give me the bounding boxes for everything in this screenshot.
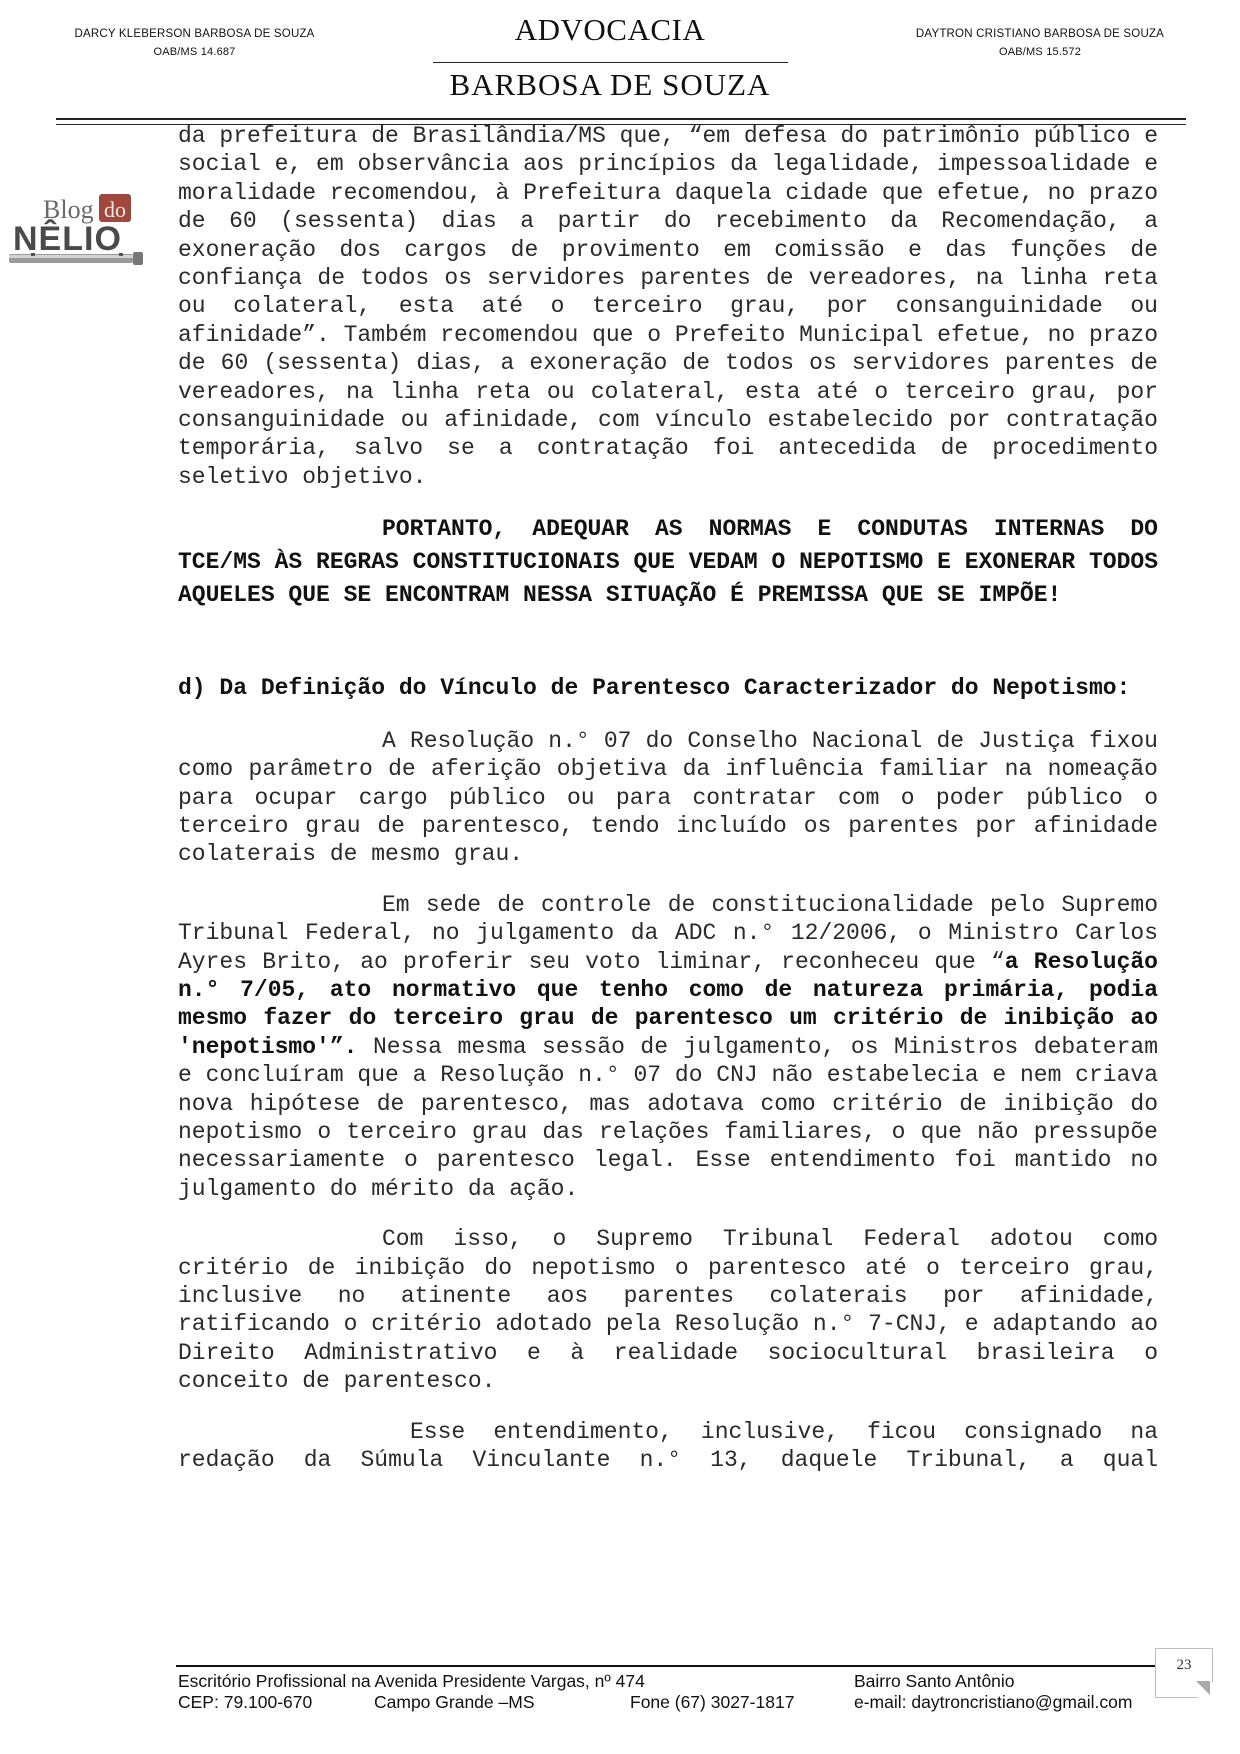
paragraph-resolucao-07: A Resolução n.° 07 do Conselho Nacional …: [178, 727, 1158, 869]
footer-email[interactable]: e-mail: daytroncristiano@gmail.com: [854, 1692, 1132, 1713]
footer-phone: Fone (67) 3027-1817: [630, 1692, 794, 1713]
logo-graphic: Blog do NÊLIO: [5, 188, 155, 268]
brand-divider: [433, 62, 788, 63]
lawyer-oab-right: OAB/MS 15.572: [895, 46, 1185, 58]
section-heading-d: d) Da Definição do Vínculo de Parentesco…: [178, 674, 1158, 702]
footer-city: Campo Grande –MS: [374, 1692, 535, 1713]
paragraph-stf-criterion: Com isso, o Supremo Tribunal Federal ado…: [178, 1225, 1158, 1395]
footer-rule: [176, 1665, 1161, 1667]
footer-cep: CEP: 79.100-670: [178, 1692, 312, 1713]
page-number-box: 23: [1155, 1648, 1213, 1698]
logo-word-nelio: NÊLIO: [13, 220, 122, 258]
firm-brand: ADVOCACIA BARBOSA DE SOUZA: [430, 12, 790, 103]
lawyer-name-left: DARCY KLEBERSON BARBOSA DE SOUZA: [52, 28, 337, 40]
document-body: da prefeitura de Brasilândia/MS que, “em…: [178, 122, 1158, 1474]
brand-title-bottom: BARBOSA DE SOUZA: [430, 67, 790, 103]
brand-title-top: ADVOCACIA: [430, 12, 790, 48]
page-number: 23: [1177, 1657, 1192, 1673]
blog-do-nelio-logo: Blog do NÊLIO: [5, 188, 155, 268]
lawyer-oab-left: OAB/MS 14.687: [52, 46, 337, 58]
conclusion-emphasis: PORTANTO, ADEQUAR AS NORMAS E CONDUTAS I…: [178, 513, 1158, 612]
header-right-lawyer: DAYTRON CRISTIANO BARBOSA DE SOUZA OAB/M…: [895, 28, 1185, 58]
footer-district: Bairro Santo Antônio: [854, 1671, 1015, 1692]
logo-word-do: do: [104, 197, 126, 222]
paragraph-adc-12: Em sede de controle de constitucionalida…: [178, 891, 1158, 1203]
footer-address: Escritório Profissional na Avenida Presi…: [178, 1671, 645, 1692]
lawyer-name-right: DAYTRON CRISTIANO BARBOSA DE SOUZA: [895, 28, 1185, 40]
paragraph-recommendation: da prefeitura de Brasilândia/MS que, “em…: [178, 122, 1158, 491]
header-left-lawyer: DARCY KLEBERSON BARBOSA DE SOUZA OAB/MS …: [52, 28, 337, 58]
paragraph-sumula-13: Esse entendimento, inclusive, ficou cons…: [178, 1418, 1158, 1475]
page-curl-shadow: [1196, 1681, 1210, 1695]
footer: Escritório Profissional na Avenida Presi…: [178, 1671, 1178, 1713]
